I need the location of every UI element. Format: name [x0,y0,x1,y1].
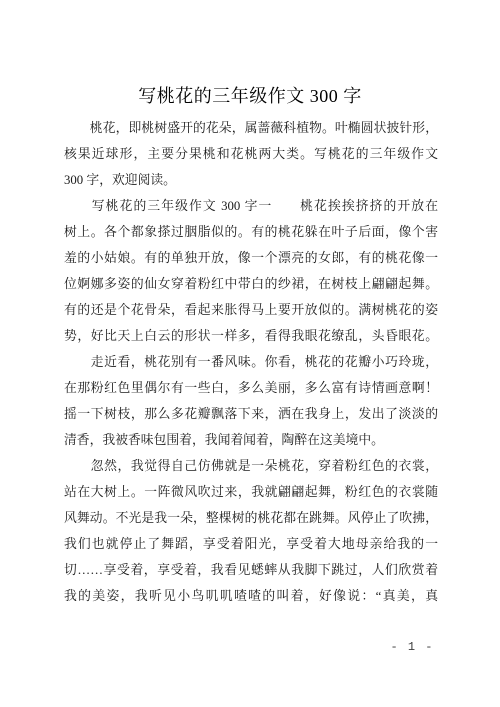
text-line: 走近看，桃花别有一番风味。你看，桃花的花瓣小巧玲珑， [64,349,438,375]
text-line: 摇一下树枝，那么多花瓣飘落下来，洒在我身上，发出了淡淡的 [64,401,438,427]
page-title: 写桃花的三年级作文 300 字 [0,83,500,109]
essay-body: 桃花，即桃树盛开的花朵，属蔷薇科植物。叶椭圆状披针形， 核果近球形，主要分果桃和… [64,115,438,609]
text-line: 站在大树上。一阵微风吹过来，我就翩翩起舞，粉红色的衣裳随 [64,479,438,505]
text-line: 位婀娜多姿的仙女穿着粉红中带白的纱裙，在树枝上翩翩起舞。 [64,271,438,297]
text-line: 羞的小姑娘。有的单独开放，像一个漂亮的女郎，有的桃花像一 [64,245,438,271]
text-line: 桃花，即桃树盛开的花朵，属蔷薇科植物。叶椭圆状披针形， [64,115,438,141]
page-number: - 1 - [390,638,434,656]
text-line: 切……享受着，享受着，我看见蟋蟀从我脚下跳过，人们欣赏着 [64,557,438,583]
text-line: 势，好比天上白云的形状一样多，看得我眼花缭乱，头昏眼花。 [64,323,438,349]
text-line: 核果近球形，主要分果桃和花桃两大类。写桃花的三年级作文 [64,141,438,167]
text-line: 有的还是个花骨朵，看起来胀得马上要开放似的。满树桃花的姿 [64,297,438,323]
text-line: 树上。各个都象搽过胭脂似的。有的桃花躲在叶子后面，像个害 [64,219,438,245]
text-line: 写桃花的三年级作文 300 字一 桃花挨挨挤挤的开放在 [64,193,438,219]
text-line: 忽然，我觉得自己仿佛就是一朵桃花，穿着粉红色的衣裳， [64,453,438,479]
text-line: 我的美姿，我听见小鸟叽叽喳喳的叫着，好像说：“真美，真 [64,583,438,609]
text-line: 风舞动。不光是我一朵，整棵树的桃花都在跳舞。风停止了吹拂， [64,505,438,531]
text-line: 在那粉红色里偶尔有一些白，多么美丽，多么富有诗情画意啊！ [64,375,438,401]
text-line: 300 字，欢迎阅读。 [64,167,438,193]
document-page: 写桃花的三年级作文 300 字 桃花，即桃树盛开的花朵，属蔷薇科植物。叶椭圆状披… [0,0,500,707]
text-line: 我们也就停止了舞蹈，享受着阳光，享受着大地母亲给我的一 [64,531,438,557]
text-line: 清香，我被香味包围着，我闻着闻着，陶醉在这美境中。 [64,427,438,453]
